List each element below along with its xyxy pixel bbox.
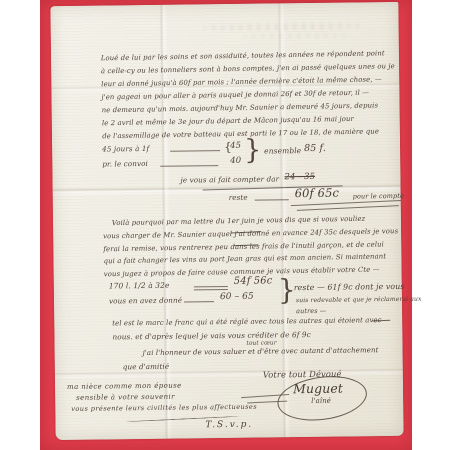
account-row-label: 170 l. 1/2 à 32e (109, 281, 170, 291)
compter-value: 24 - 35 (284, 172, 315, 182)
account-row-value: 60 – 65 (220, 292, 254, 302)
manuscript-line: tel est le marc le franc qui a été réglé… (112, 316, 381, 327)
account-ensemble-value: 85 f. (304, 143, 326, 154)
account-row-value: 45 (230, 141, 241, 151)
postscript-line: vous présente leurs civilités les plus a… (71, 403, 257, 413)
reste-note-line: autres — (296, 307, 326, 315)
interline-note: tout cœur (246, 340, 276, 346)
manuscript-paragraph: Loué de lui par les soins et son assidui… (101, 47, 396, 143)
reste-note-line: reste — 61f 9c dont je vous (294, 282, 405, 292)
reste-value: 60f 65c (295, 186, 339, 201)
reste-label: reste (229, 193, 248, 202)
account-ensemble-label: ensemble (264, 146, 301, 155)
postscript-line: ma nièce comme mon épouse (67, 382, 182, 391)
ink-flourish-line (297, 205, 399, 211)
account-row-label: 45 jours à 1f (102, 144, 149, 154)
signature-suffix: l'aîné (311, 397, 331, 405)
account-row-label: pr. le convoi (102, 159, 148, 169)
ink-dash-line (170, 150, 220, 152)
account-row-value: 40 (230, 156, 241, 166)
ink-dash-line (194, 286, 228, 287)
account-row-value: 54f 56c (234, 275, 273, 286)
compter-line: je vous ai fait compter dar (180, 174, 279, 184)
ink-brace: } (244, 135, 262, 166)
manuscript-line: que d'amitié (123, 362, 169, 372)
ink-dash-line (160, 165, 218, 167)
ink-dash-line (194, 289, 228, 290)
postscript-line: sensible à votre souvenir (76, 393, 175, 402)
ink-bleedthrough (201, 22, 366, 31)
account-row-label: vous en avez donné (109, 296, 182, 306)
ink-dash-line (184, 301, 214, 302)
manuscript-paragraph: Voilà pourquoi par ma lettre du 1er juin… (103, 212, 399, 281)
ink-bleedthrough (241, 32, 351, 38)
tsvp-note: T.S.v.p. (205, 420, 253, 431)
signature: Muguet (293, 381, 343, 397)
manuscript-line: j'ai l'honneur de vous saluer et d'être … (143, 346, 379, 357)
manuscript-line: nous. et d'après lequel je vais vous cré… (112, 330, 311, 341)
ink-dash-line (255, 199, 289, 200)
listing-photo: Loué de lui par les soins et son assidui… (0, 0, 450, 450)
manuscript-letter: Loué de lui par les soins et son assidui… (50, 2, 403, 440)
